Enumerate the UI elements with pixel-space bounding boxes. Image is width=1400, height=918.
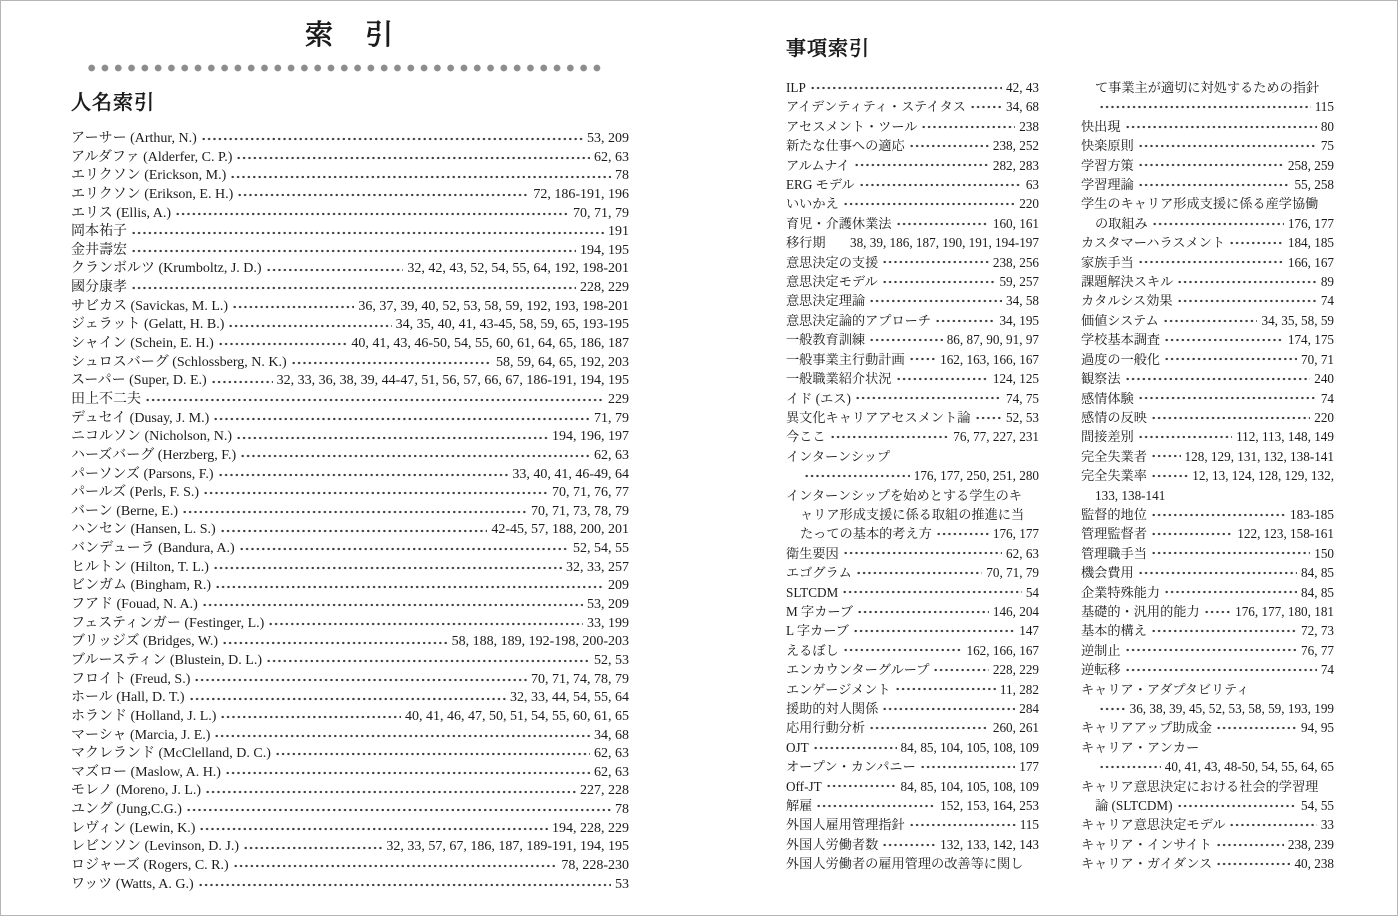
dot-leader [1216, 841, 1284, 849]
entry-term: エリクソン (Erikson, E. H.) [71, 186, 233, 205]
index-entry: エリス (Ellis, A.)70, 71, 79 [71, 205, 629, 224]
index-entry: 過度の一般化70, 71 [1081, 350, 1334, 369]
index-entry: アーサー (Arthur, N.)53, 209 [71, 130, 629, 149]
index-entry: 企業特殊能力84, 85 [1081, 583, 1334, 602]
entry-pages: 229 [608, 391, 629, 410]
entry-pages: 194, 195 [580, 242, 629, 261]
index-entry: アルダファ (Alderfer, C. P.)62, 63 [71, 149, 629, 168]
index-entry: エリクソン (Erikson, E. H.)72, 186-191, 196 [71, 186, 629, 205]
entry-pages: 84, 85, 104, 105, 108, 109 [901, 777, 1039, 796]
entry-pages: 220 [1314, 408, 1334, 427]
index-entry: 感情の反映220 [1081, 408, 1334, 427]
entry-pages: 34, 68 [594, 727, 629, 746]
entry-term: フェスティンガー (Festinger, L.) [71, 615, 264, 634]
entry-pages: 78 [615, 167, 629, 186]
dot-leader [1164, 355, 1297, 363]
dot-leader [236, 434, 548, 442]
entry-term: ジェラット (Gelatt, H. B.) [71, 316, 224, 335]
entry-pages: 32, 33, 57, 67, 186, 187, 189-191, 194, … [386, 838, 629, 857]
entry-term: サビカス (Savickas, M. L.) [71, 298, 228, 317]
index-entry: 逆制止76, 77 [1081, 641, 1334, 660]
index-entry: ERG モデル63 [786, 175, 1039, 194]
entry-pages: 62, 63 [594, 745, 629, 764]
entry-pages: 84, 85, 104, 105, 108, 109 [901, 738, 1039, 757]
entry-term: 監督的地位 [1081, 505, 1147, 524]
entry-term: バンデューラ (Bandura, A.) [71, 540, 235, 559]
dot-leader [857, 608, 989, 616]
index-entry: 意思決定論的アプローチ34, 195 [786, 311, 1039, 330]
entry-pages: 54 [1026, 583, 1039, 602]
entry-pages: 132, 133, 142, 143 [940, 835, 1039, 854]
entry-pages: 76, 77, 227, 231 [953, 427, 1039, 446]
index-entry: 快出現80 [1081, 117, 1334, 136]
entry-pages: 58, 188, 189, 192-198, 200-203 [452, 633, 629, 652]
entry-pages: 32, 33, 36, 38, 39, 44-47, 51, 56, 57, 6… [277, 372, 629, 391]
entry-term: 133, 138-141 [1095, 486, 1165, 505]
entry-pages: 191 [608, 223, 629, 242]
index-entry: 外国人労働者の雇用管理の改善等に関し [786, 854, 1039, 873]
entry-term: キャリア・ガイダンス [1081, 854, 1212, 873]
entry-term: アセスメント・ツール [786, 117, 917, 136]
entry-pages: 72, 186-191, 196 [533, 186, 629, 205]
index-entry: の取組み176, 177 [1081, 214, 1334, 233]
entry-pages: 194, 196, 197 [552, 428, 629, 447]
index-entry: マクレランド (McClelland, D. C.)62, 63 [71, 745, 629, 764]
entry-term: フアド (Fouad, N. A.) [71, 596, 198, 615]
index-entry: 逆転移74 [1081, 660, 1334, 679]
entry-term: 価値システム [1081, 311, 1159, 330]
entry-pages: 55, 258 [1294, 175, 1334, 194]
index-entry: 衛生要因62, 63 [786, 544, 1039, 563]
dot-leader [198, 881, 611, 889]
index-entry: ブリッジズ (Bridges, W.)58, 188, 189, 192-198… [71, 633, 629, 652]
entry-term: ブルースティン (Blustein, D. L.) [71, 652, 262, 671]
name-index-page: 索 引 人名索引 アーサー (Arthur, N.)53, 209アルダファ (… [71, 1, 629, 894]
index-entry: ハーズバーグ (Herzberg, F.)62, 63 [71, 447, 629, 466]
dot-leader [1151, 472, 1188, 480]
entry-pages: 32, 33, 257 [566, 559, 629, 578]
entry-pages: 32, 33, 44, 54, 55, 64 [510, 689, 629, 708]
index-entry: ロジャーズ (Rogers, C. R.)78, 228-230 [71, 857, 629, 876]
dot-leader [228, 322, 391, 330]
entry-term: キャリアアップ助成金 [1081, 718, 1212, 737]
dot-leader [213, 564, 562, 572]
index-entry: 36, 38, 39, 45, 52, 53, 58, 59, 193, 199 [1081, 699, 1334, 718]
dot-leader [214, 732, 590, 740]
entry-term: Off-JT [786, 777, 822, 796]
index-entry: エリクソン (Erickson, M.)78 [71, 167, 629, 186]
entry-term: シャイン (Schein, E. H.) [71, 335, 214, 354]
dot-leader [920, 763, 1015, 771]
entry-term: ニコルソン (Nicholson, N.) [71, 428, 232, 447]
entry-pages: 40, 41, 43, 48-50, 54, 55, 64, 65 [1165, 757, 1334, 776]
entry-term: ユング (Jung,C.G.) [71, 801, 182, 820]
index-entry: カスタマーハラスメント184, 185 [1081, 233, 1334, 252]
index-entry: 学習方策258, 259 [1081, 156, 1334, 175]
entry-term: 意思決定の支援 [786, 253, 878, 272]
dot-leader [843, 549, 1002, 557]
index-entry: 意思決定理論34, 58 [786, 291, 1039, 310]
dot-leader [1125, 375, 1311, 383]
entry-term: 援助的対人関係 [786, 699, 878, 718]
dot-leader [215, 583, 604, 591]
entry-pages: 150 [1314, 544, 1334, 563]
entry-term: 基礎的・汎用的能力 [1081, 602, 1200, 621]
dot-leader [1216, 860, 1290, 868]
entry-term: キャリア・インサイト [1081, 835, 1212, 854]
entry-pages: 238 [1019, 117, 1039, 136]
entry-term: 衛生要因 [786, 544, 839, 563]
index-entry: 価値システム34, 35, 58, 59 [1081, 311, 1334, 330]
entry-pages: 34, 195 [999, 311, 1039, 330]
index-entry: ニコルソン (Nicholson, N.)194, 196, 197 [71, 428, 629, 447]
entry-term: 意思決定論的アプローチ [786, 311, 931, 330]
dot-leader [1138, 433, 1232, 441]
index-entry: 外国人労働者数132, 133, 142, 143 [786, 835, 1039, 854]
entry-pages: 124, 125 [993, 369, 1039, 388]
index-entry: 基礎的・汎用的能力176, 177, 180, 181 [1081, 602, 1334, 621]
entry-term: 学習理論 [1081, 175, 1134, 194]
entry-pages: 240 [1314, 369, 1334, 388]
index-entry: バーン (Berne, E.)70, 71, 73, 78, 79 [71, 503, 629, 522]
index-entry: 意思決定の支援238, 256 [786, 253, 1039, 272]
index-entry: エゴグラム70, 71, 79 [786, 563, 1039, 582]
entry-pages: 70, 71, 79 [573, 205, 629, 224]
dot-leader [810, 84, 1002, 92]
entry-term: 完全失業率 [1081, 466, 1147, 485]
dot-leader [1125, 666, 1317, 674]
index-entry: 國分康孝228, 229 [71, 279, 629, 298]
index-entry: 田上不二夫229 [71, 391, 629, 410]
dot-leader [205, 788, 576, 796]
dot-leader [211, 378, 273, 386]
index-entry: 新たな仕事への適応238, 252 [786, 136, 1039, 155]
entry-term: マクレランド (McClelland, D. C.) [71, 745, 271, 764]
entry-pages: 11, 282 [1000, 680, 1039, 699]
entry-term: 学生のキャリア形成支援に係る産学協働 [1081, 194, 1318, 213]
entry-pages: 260, 261 [993, 718, 1039, 737]
index-entry: マズロー (Maslow, A. H.)62, 63 [71, 764, 629, 783]
dot-leader [1204, 608, 1231, 616]
entry-pages: 52, 53 [594, 652, 629, 671]
entry-pages: 238, 239 [1288, 835, 1334, 854]
index-entry: 今ここ76, 77, 227, 231 [786, 427, 1039, 446]
entry-term: SLTCDM [786, 583, 838, 602]
entry-term: インターンシップ [786, 447, 890, 466]
dot-leader [853, 627, 1015, 635]
index-entry: フロイト (Freud, S.)70, 71, 74, 78, 79 [71, 671, 629, 690]
dot-leader [1229, 821, 1316, 829]
index-entry: フアド (Fouad, N. A.)53, 209 [71, 596, 629, 615]
index-entry: オープン・カンパニー177 [786, 757, 1039, 776]
entry-pages: 80 [1321, 117, 1334, 136]
entry-pages: 75 [1321, 136, 1334, 155]
dot-leader [843, 646, 963, 654]
entry-pages: 238, 252 [993, 136, 1039, 155]
entry-pages: 36, 38, 39, 45, 52, 53, 58, 59, 193, 199 [1130, 699, 1334, 718]
entry-pages: 220 [1019, 194, 1039, 213]
dot-leader [199, 825, 548, 833]
index-entry: キャリア意思決定における社会的学習理 [1081, 777, 1334, 796]
dot-leader [842, 588, 1022, 596]
dot-leader [882, 705, 1015, 713]
subject-index-heading: 事項索引 [786, 32, 1334, 61]
dot-leader [1229, 239, 1284, 247]
index-entry: レヴィン (Lewin, K.)194, 228, 229 [71, 820, 629, 839]
entry-term: いいかえ [786, 194, 839, 213]
entry-term: ビンガム (Bingham, R.) [71, 577, 211, 596]
entry-term: 論 (SLTCDM) [1095, 796, 1173, 815]
entry-term: レビンソン (Levinson, D. J.) [71, 838, 239, 857]
dot-leader [1177, 802, 1297, 810]
index-entry: アイデンティティ・ステイタス34, 68 [786, 97, 1039, 116]
subject-index-column-1: ILP42, 43アイデンティティ・ステイタス34, 68アセスメント・ツール2… [786, 78, 1039, 874]
entry-term: エリス (Ellis, A.) [71, 205, 171, 224]
entry-term: 意思決定モデル [786, 272, 878, 291]
entry-pages: 162, 166, 167 [966, 641, 1039, 660]
entry-pages: 34, 58 [1006, 291, 1039, 310]
index-entry: たっての基本的考え方176, 177 [786, 524, 1039, 543]
entry-term: 観察法 [1081, 369, 1121, 388]
entry-term: スーパー (Super, D. E.) [71, 372, 207, 391]
entry-term: バーン (Berne, E.) [71, 503, 178, 522]
entry-pages: 40, 41, 46, 47, 50, 51, 54, 55, 60, 61, … [405, 708, 629, 727]
index-entry: ハンセン (Hansen, L. S.)42-45, 57, 188, 200,… [71, 521, 629, 540]
dot-leader [1138, 142, 1317, 150]
entry-term: パーソンズ (Parsons, F.) [71, 466, 214, 485]
dot-leader [182, 508, 527, 516]
index-entry: ビンガム (Bingham, R.)209 [71, 577, 629, 596]
entry-term: 逆制止 [1081, 641, 1121, 660]
entry-term: アーサー (Arthur, N.) [71, 130, 197, 149]
index-entry: エンゲージメント11, 282 [786, 680, 1039, 699]
dot-leader [131, 247, 576, 255]
index-entry: ILP42, 43 [786, 78, 1039, 97]
entry-term: 岡本祐子 [71, 223, 127, 242]
dot-leader [856, 569, 982, 577]
index-entry: パールズ (Perls, F. S.)70, 71, 76, 77 [71, 484, 629, 503]
dot-leader [882, 841, 936, 849]
entry-pages: 115 [1315, 97, 1334, 116]
dot-leader [936, 530, 989, 538]
dot-leader [909, 821, 1016, 829]
dot-leader [131, 229, 604, 237]
entry-pages: 63 [1026, 175, 1039, 194]
entry-pages: 176, 177, 180, 181 [1235, 602, 1334, 621]
entry-term: ホール (Hall, D. T.) [71, 689, 185, 708]
entry-term: イド (エス) [786, 389, 851, 408]
dot-leader [1099, 705, 1126, 713]
index-entry: フェスティンガー (Festinger, L.)33, 199 [71, 615, 629, 634]
index-entry: マーシャ (Marcia, J. E.)34, 68 [71, 727, 629, 746]
dot-leader [266, 657, 590, 665]
entry-pages: 32, 42, 43, 52, 54, 55, 64, 192, 198-201 [407, 260, 629, 279]
entry-pages: 174, 175 [1288, 330, 1334, 349]
dot-leader [896, 220, 989, 228]
dot-leader [1138, 161, 1284, 169]
entry-term: レヴィン (Lewin, K.) [71, 820, 195, 839]
dot-leader [291, 359, 492, 367]
entry-pages: 71, 79 [594, 410, 629, 429]
index-entry: 一般職業紹介状況124, 125 [786, 369, 1039, 388]
entry-pages: 33 [1321, 815, 1334, 834]
entry-pages: 282, 283 [993, 156, 1039, 175]
dot-leader [203, 489, 548, 497]
dot-leader [202, 601, 583, 609]
entry-term: 一般教育訓練 [786, 330, 865, 349]
entry-pages: 70, 71 [1301, 350, 1334, 369]
dot-leader [882, 278, 996, 286]
dot-leader [1216, 724, 1297, 732]
index-entry: えるぼし162, 166, 167 [786, 641, 1039, 660]
entry-term: デュセイ (Dusay, J. M.) [71, 410, 209, 429]
index-entry: サビカス (Savickas, M. L.)36, 37, 39, 40, 52… [71, 298, 629, 317]
dot-leader [131, 284, 576, 292]
index-entry: 援助的対人関係284 [786, 699, 1039, 718]
dot-leader [218, 471, 509, 479]
dot-leader [869, 297, 1002, 305]
dot-leader [201, 135, 583, 143]
index-entry: Off-JT84, 85, 104, 105, 108, 109 [786, 777, 1039, 796]
index-entry: 意思決定モデル59, 257 [786, 272, 1039, 291]
index-entry: 176, 177, 250, 251, 280 [786, 466, 1039, 485]
entry-term: 解雇 [786, 796, 812, 815]
dot-leader [1151, 549, 1310, 557]
entry-pages: 94, 95 [1301, 718, 1334, 737]
dot-leader [933, 666, 988, 674]
index-entry: モレノ (Moreno, J. L.)227, 228 [71, 782, 629, 801]
entry-pages: 59, 257 [999, 272, 1039, 291]
entry-term: クランボルツ (Krumboltz, J. D.) [71, 260, 262, 279]
index-entry: 一般事業主行動計画162, 163, 166, 167 [786, 350, 1039, 369]
entry-pages: 62, 63 [594, 149, 629, 168]
entry-pages: 152, 153, 164, 253 [940, 796, 1039, 815]
entry-pages: 40, 238 [1294, 854, 1334, 873]
entry-term: マズロー (Maslow, A. H.) [71, 764, 221, 783]
index-entry: 異文化キャリアアセスメント論52, 53 [786, 408, 1039, 427]
dot-leader [854, 161, 989, 169]
entry-term: 基本的構え [1081, 621, 1147, 640]
index-entry: スーパー (Super, D. E.)32, 33, 36, 38, 39, 4… [71, 372, 629, 391]
entry-pages: 70, 71, 79 [986, 563, 1039, 582]
entry-term: 快出現 [1081, 117, 1121, 136]
entry-term: 過度の一般化 [1081, 350, 1160, 369]
dot-leader [1152, 220, 1284, 228]
entry-pages: 177 [1019, 757, 1039, 776]
dot-leader [239, 545, 569, 553]
entry-pages: 147 [1019, 621, 1039, 640]
dot-leader [194, 676, 527, 684]
name-index-heading: 人名索引 [71, 86, 629, 115]
dot-leader [859, 181, 1022, 189]
entry-term: 機会費用 [1081, 563, 1134, 582]
entry-pages: 76, 77 [1301, 641, 1334, 660]
entry-pages: 40, 41, 43, 46-50, 54, 55, 60, 61, 64, 6… [351, 335, 629, 354]
index-entry: 金井壽宏194, 195 [71, 242, 629, 261]
dot-leader [175, 210, 569, 218]
entry-pages: 62, 63 [1006, 544, 1039, 563]
entry-pages: 52, 54, 55 [573, 540, 629, 559]
entry-term: ャリア形成支援に係る取組の推進に当 [800, 505, 1024, 524]
entry-pages: 33, 40, 41, 46-49, 64 [512, 466, 629, 485]
entry-pages: 122, 123, 158-161 [1237, 524, 1334, 543]
dot-leader [1125, 646, 1297, 654]
dot-leader [869, 336, 943, 344]
entry-pages: 115 [1020, 815, 1039, 834]
entry-term: 管理職手当 [1081, 544, 1147, 563]
index-entry: 完全失業者128, 129, 131, 132, 138-141 [1081, 447, 1334, 466]
dot-leader [826, 782, 897, 790]
entry-pages: 72, 73 [1301, 621, 1334, 640]
entry-pages: 184, 185 [1288, 233, 1334, 252]
entry-term: 一般事業主行動計画 [786, 350, 905, 369]
dot-leader [1151, 530, 1233, 538]
entry-term: 快楽原則 [1081, 136, 1134, 155]
entry-pages: 84, 85 [1301, 583, 1334, 602]
entry-pages: 74 [1321, 291, 1334, 310]
entry-term: 企業特殊能力 [1081, 583, 1160, 602]
entry-term: 新たな仕事への適応 [786, 136, 905, 155]
entry-term: モレノ (Moreno, J. L.) [71, 782, 201, 801]
index-entry: アルムナイ282, 283 [786, 156, 1039, 175]
dot-leader [240, 452, 590, 460]
entry-pages: 209 [608, 577, 629, 596]
entry-pages: 162, 163, 166, 167 [940, 350, 1039, 369]
dot-leader [213, 415, 590, 423]
entry-pages: 70, 71, 73, 78, 79 [531, 503, 629, 522]
entry-term: 今ここ [786, 427, 826, 446]
entry-term: ホランド (Holland, J. L.) [71, 708, 216, 727]
index-entry: ホランド (Holland, J. L.)40, 41, 46, 47, 50,… [71, 708, 629, 727]
dot-leader [1164, 588, 1297, 596]
entry-pages: 74 [1321, 389, 1334, 408]
entry-pages: 34, 35, 58, 59 [1261, 311, 1334, 330]
index-entry: ジェラット (Gelatt, H. B.)34, 35, 40, 41, 43-… [71, 316, 629, 335]
entry-pages: 228, 229 [993, 660, 1039, 679]
index-entry: ワッツ (Watts, A. G.)53 [71, 876, 629, 895]
entry-term: 感情体験 [1081, 389, 1134, 408]
dot-leader [1164, 336, 1284, 344]
entry-term: て事業主が適切に対処するための指針 [1095, 78, 1319, 97]
index-title: 索 引 [71, 13, 629, 53]
entry-pages: 70, 71, 74, 78, 79 [531, 671, 629, 690]
index-entry: 快楽原則75 [1081, 136, 1334, 155]
entry-term: 家族手当 [1081, 253, 1134, 272]
dot-leader [909, 355, 936, 363]
dot-leader [268, 620, 583, 628]
dot-leader [1151, 511, 1286, 519]
index-entry: 133, 138-141 [1081, 486, 1334, 505]
entry-pages: 34, 68 [1006, 97, 1039, 116]
index-entry: て事業主が適切に対処するための指針 [1081, 78, 1334, 97]
index-entry: 機会費用84, 85 [1081, 563, 1334, 582]
entry-term: 学習方策 [1081, 156, 1134, 175]
dot-leader [1151, 452, 1181, 460]
index-entry: イド (エス)74, 75 [786, 389, 1039, 408]
dot-leader [970, 103, 1002, 111]
entry-term: アルダファ (Alderfer, C. P.) [71, 149, 232, 168]
dot-leader [186, 806, 611, 814]
dot-leader [1138, 258, 1284, 266]
index-entry: エンカウンターグループ228, 229 [786, 660, 1039, 679]
entry-term: 課題解決スキル [1081, 272, 1173, 291]
index-entry: インターンシップを始めとする学生のキ [786, 486, 1039, 505]
dot-leader [1163, 317, 1258, 325]
index-entry: 基本的構え72, 73 [1081, 621, 1334, 640]
entry-pages: 36, 37, 39, 40, 52, 53, 58, 59, 192, 193… [358, 298, 629, 317]
dotted-divider [85, 63, 603, 73]
entry-term: ERG モデル [786, 175, 855, 194]
